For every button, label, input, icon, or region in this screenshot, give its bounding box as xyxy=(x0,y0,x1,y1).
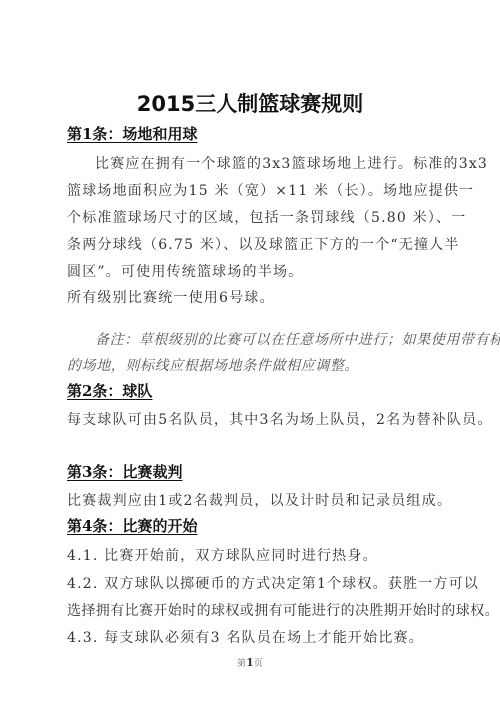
section-1-line-1: 比赛应在拥有一个球篮的3x3篮球场地上进行。标准的3x3 xyxy=(95,153,488,173)
section-1-line-2: 篮球场地面积应为15 米（宽）×11 米（长）。场地应提供一 xyxy=(67,180,474,200)
section-4-line-2: 4.2. 双方球队以掷硬币的方式决定第1个球权。获胜一方可以 xyxy=(67,573,479,593)
section-1-line-3: 个标准篮球场尺寸的区域，包括一条罚球线（5.80 米）、一 xyxy=(67,207,466,227)
section-2-line-1: 每支球队可由5名队员，其中3名为场上队员，2名为替补队员。 xyxy=(67,409,493,429)
footer-suffix: 页 xyxy=(254,659,263,669)
section-4-heading: 第4条：比赛的开始 xyxy=(67,515,197,536)
page-number: 1 xyxy=(246,656,254,669)
section-1-heading: 第1条：场地和用球 xyxy=(67,123,197,144)
document-title: 2015三人制篮球赛规则 xyxy=(0,88,500,118)
section-2-heading: 第2条：球队 xyxy=(67,380,152,401)
section-3-heading: 第3条：比赛裁判 xyxy=(67,461,182,482)
section-3-line-1: 比赛裁判应由1或2名裁判员，以及计时员和记录员组成。 xyxy=(67,490,452,510)
section-4-line-3: 选择拥有比赛开始时的球权或拥有可能进行的决胜期开始时的球权。 xyxy=(67,600,499,620)
section-1-line-4: 条两分球线（6.75 米）、以及球篮正下方的一个“无撞人半 xyxy=(67,234,460,254)
footer-prefix: 第 xyxy=(237,659,246,669)
section-4-line-1: 4.1. 比赛开始前，双方球队应同时进行热身。 xyxy=(67,545,378,565)
section-4-line-4: 4.3. 每支球队必须有3 名队员在场上才能开始比赛。 xyxy=(67,627,424,647)
section-1-line-6: 所有级别比赛统一使用6号球。 xyxy=(67,287,275,307)
section-1-line-5: 圆区”。可使用传统篮球场的半场。 xyxy=(67,261,303,281)
section-1-note-line-2: 的场地，则标线应根据场地条件做相应调整。 xyxy=(67,355,359,375)
section-1-note-line-1: 备注：草根级别的比赛可以在任意场所中进行；如果使用带有标线 xyxy=(95,329,500,349)
page-footer: 第1页 xyxy=(0,656,500,669)
